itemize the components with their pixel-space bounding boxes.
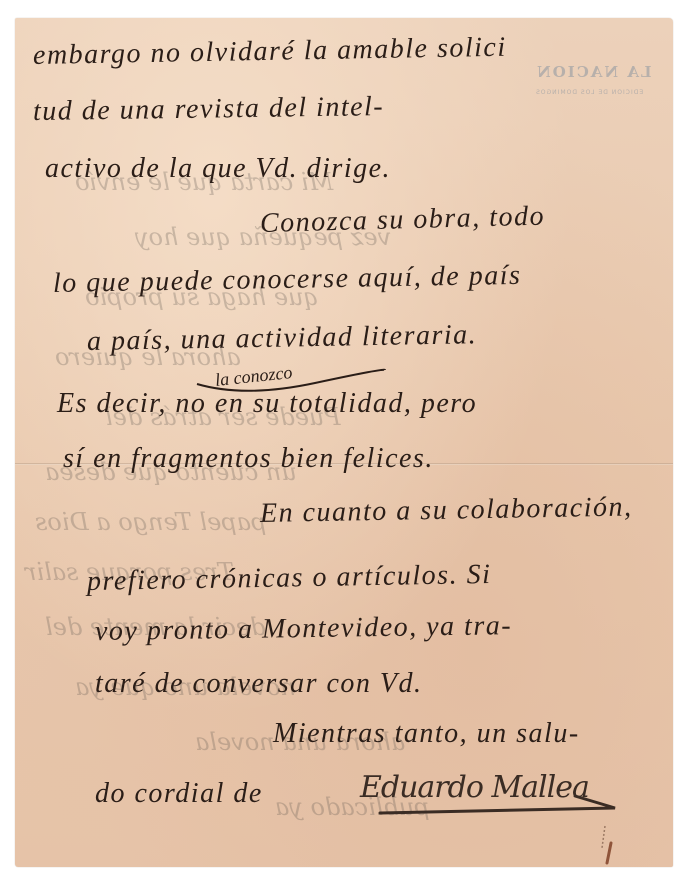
ink-trace: [602, 826, 605, 848]
signature-underline: [380, 796, 615, 813]
ink-strokes: [15, 18, 673, 867]
letter-paper: LA NACION EDICION DE LOS DOMINGOS Mi car…: [15, 18, 673, 867]
ink-stain: [607, 843, 611, 863]
insertion-caret-stroke: [197, 370, 385, 391]
